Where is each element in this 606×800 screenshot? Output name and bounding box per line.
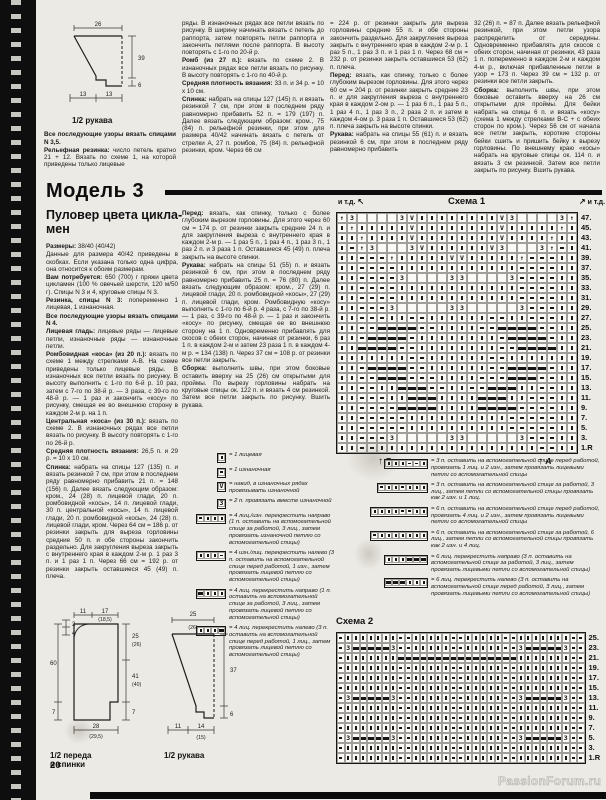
chart-cell	[437, 303, 447, 313]
chart-cell	[567, 343, 577, 353]
chart-cell	[537, 233, 547, 243]
schematic-caption: 1/2 переда и спинки	[50, 751, 148, 769]
chart-cell	[537, 343, 547, 353]
chart-cell	[480, 703, 488, 713]
chart-cell	[397, 293, 407, 303]
legend-right: = 3 п. оставить на вспомогательной спице…	[384, 458, 602, 601]
dim-label: 60	[50, 661, 57, 667]
chart-cell	[577, 733, 585, 743]
chart-cell	[417, 323, 427, 333]
chart-cell	[557, 433, 567, 443]
knit-symbol-icon	[370, 531, 428, 541]
chart-cell	[570, 713, 578, 723]
chart-cell	[577, 703, 585, 713]
chart-cell	[387, 403, 397, 413]
chart-cell	[570, 653, 578, 663]
chart-cell	[457, 213, 467, 223]
knit-symbol-icon: V	[217, 482, 226, 492]
chart-cell	[547, 643, 555, 653]
chart-cell	[477, 433, 487, 443]
chart-cell	[465, 733, 473, 743]
chart-cell	[497, 303, 507, 313]
chart-cell	[367, 303, 377, 313]
chart-cell	[517, 673, 525, 683]
chart-cell	[437, 333, 447, 343]
paragraph-text: набрать на спицы 127 (135) п. и вязать р…	[46, 464, 178, 580]
chart-cell	[557, 293, 567, 303]
chart-row-label: 21.	[589, 652, 601, 662]
chart-cell	[457, 403, 467, 413]
legend-item: = 1 лицевая	[182, 452, 334, 463]
chart-cell	[525, 683, 533, 693]
chart-cell	[457, 233, 467, 243]
chart-cell	[562, 653, 570, 663]
chart-cell	[507, 373, 517, 383]
chart-row-label: 27.	[581, 312, 593, 322]
chart-cell	[562, 743, 570, 753]
chart-cell	[382, 713, 390, 723]
chart-cell	[497, 443, 507, 453]
chart-cell	[397, 343, 407, 353]
paragraph: Спинка: набрать на спицы 127 (135) п. и …	[46, 464, 178, 581]
chart-cell	[495, 633, 503, 643]
chart-cell: ↑	[347, 223, 357, 233]
chart-cell	[507, 263, 517, 273]
chart-cell	[517, 683, 525, 693]
chart-cell	[537, 413, 547, 423]
chart-cell	[397, 373, 407, 383]
legend-symbol	[384, 531, 431, 550]
legend-item: = 1 изнаночная	[182, 467, 334, 478]
chart-cell	[537, 423, 547, 433]
chart-cell	[465, 643, 473, 653]
chart-cell	[537, 283, 547, 293]
chart-cell	[420, 663, 428, 673]
chart-cell	[557, 443, 567, 453]
chart-cell	[197, 552, 204, 559]
chart-cell	[367, 223, 377, 233]
knit-symbol-icon	[196, 551, 226, 561]
chart-cell	[570, 753, 578, 763]
chart-cell	[390, 753, 398, 763]
chart-cell	[420, 693, 428, 703]
chart-cell: 3	[507, 213, 517, 223]
chart-cell	[525, 713, 533, 723]
chart-cell	[457, 673, 465, 683]
chart-cell	[527, 243, 537, 253]
chart-cell	[547, 323, 557, 333]
chart-cell	[467, 363, 477, 373]
chart-cell	[360, 743, 368, 753]
chart-cell	[347, 393, 357, 403]
chart-cell	[427, 703, 435, 713]
chart-cell	[472, 673, 480, 683]
chart-cell	[537, 403, 547, 413]
paragraph-lead: Центральная «коса» (из 30 п.):	[46, 418, 146, 425]
knit-symbol-icon	[196, 589, 226, 599]
chart-cell	[437, 443, 447, 453]
legend-text: = 2 п. провязать вместе изнаночной	[229, 498, 332, 509]
legend-symbol	[384, 578, 431, 597]
chart-cell	[382, 663, 390, 673]
chart-cell	[437, 353, 447, 363]
paragraph-text: набрать на спицы 127 (145) п. и вязать р…	[182, 96, 324, 154]
chart-cell	[407, 443, 417, 453]
chart-cell	[437, 383, 447, 393]
chart-cell	[360, 663, 368, 673]
chart-cell	[412, 693, 420, 703]
chart-cell	[517, 713, 525, 723]
chart-row-label: 13.	[589, 692, 601, 702]
chart-cell	[442, 733, 450, 743]
chart-cell	[406, 556, 413, 563]
chart-cell	[397, 683, 405, 693]
chart-cell	[377, 393, 387, 403]
chart-cell	[465, 683, 473, 693]
chart-cell	[497, 323, 507, 333]
chart-cell: 3	[345, 643, 353, 653]
chart-cell	[435, 743, 443, 753]
chart-cell	[337, 733, 345, 743]
chart-cell	[477, 343, 487, 353]
chart-cell	[480, 673, 488, 683]
chart-cell	[357, 373, 367, 383]
chart-cell	[517, 293, 527, 303]
chart-cell	[397, 243, 407, 253]
chart-cell	[465, 703, 473, 713]
chart-cell	[347, 293, 357, 303]
chart-cell	[467, 323, 477, 333]
chart-cell	[487, 413, 497, 423]
chart-cell	[525, 723, 533, 733]
chart-cell	[467, 253, 477, 263]
chart-cell	[570, 743, 578, 753]
chart-cell	[487, 683, 495, 693]
legend-text: = 4 лиц./изн. перекрестить направо (1 п.…	[229, 513, 334, 547]
chart-cell	[467, 383, 477, 393]
chart-cell	[360, 713, 368, 723]
chart-cell	[457, 753, 465, 763]
legend-symbol	[182, 514, 229, 547]
chart-cell	[537, 373, 547, 383]
paragraph: Ромбовидная «коса» (из 20 п.): вязать по…	[46, 351, 178, 417]
chart-cell	[447, 383, 457, 393]
chart-cell	[510, 673, 518, 683]
chart-row-label: 39.	[581, 252, 593, 262]
chart1-corner-left: и т.д. ↖	[338, 197, 364, 206]
chart-cell	[407, 283, 417, 293]
chart-cell	[352, 693, 360, 703]
chart-cell	[467, 213, 477, 223]
chart-cell	[517, 393, 527, 403]
chart-cell	[557, 343, 567, 353]
chart-cell	[527, 423, 537, 433]
chart-cell	[517, 243, 527, 253]
chart-cell	[557, 363, 567, 373]
chart-cell	[502, 713, 510, 723]
chart-cell	[417, 373, 427, 383]
chart-cell	[472, 713, 480, 723]
scan-stain	[64, 718, 94, 744]
chart-cell	[407, 413, 417, 423]
chart-row	[337, 323, 577, 333]
paragraph-text: 38/40 (40/42)	[76, 243, 115, 250]
chart-cell	[502, 753, 510, 763]
legend-text: = накид, в изнаночных рядах провязывать …	[229, 481, 334, 495]
chart-cell	[377, 353, 387, 363]
chart-cell: 3	[562, 693, 570, 703]
chart-cell	[547, 743, 555, 753]
chart-cell: ↑	[357, 243, 367, 253]
chart-cell	[437, 243, 447, 253]
chart-cell	[457, 353, 467, 363]
chart-cell	[495, 663, 503, 673]
chart-cell: 3	[447, 433, 457, 443]
chart-cell	[412, 663, 420, 673]
legend-text: = 3 п. оставить на вспомогательной спице…	[431, 458, 602, 478]
chart-cell: 3	[447, 303, 457, 313]
chart-cell	[367, 383, 377, 393]
chart-cell	[417, 263, 427, 273]
chart-cell	[399, 532, 406, 539]
chart-cell	[517, 233, 527, 243]
chart-cell	[477, 383, 487, 393]
chart-cell	[382, 753, 390, 763]
chart-row-label: 9.	[581, 402, 593, 412]
chart-cell	[487, 253, 497, 263]
chart-row	[337, 413, 577, 423]
binding-perforations	[11, 0, 21, 800]
chart-cell	[450, 743, 458, 753]
chart-cell	[577, 633, 585, 643]
chart-cell	[540, 663, 548, 673]
chart-cell	[447, 363, 457, 373]
paragraph: Спинка: набрать на спицы 127 (145) п. и …	[182, 96, 324, 154]
legend-symbol	[384, 555, 431, 574]
chart-cell	[405, 703, 413, 713]
chart-cell	[387, 283, 397, 293]
chart-cell	[532, 633, 540, 643]
chart-cell	[427, 443, 437, 453]
chart-cell: 3	[347, 213, 357, 223]
chart-cell	[457, 383, 467, 393]
chart-cell	[557, 313, 567, 323]
legend-symbol: 3	[182, 499, 229, 509]
chart-cell	[497, 273, 507, 283]
chart-cell	[352, 663, 360, 673]
chart-cell	[377, 223, 387, 233]
chart-row	[337, 313, 577, 323]
chart-row: ↑33VV33↑	[337, 243, 577, 253]
chart-cell	[397, 413, 407, 423]
chart-row	[337, 343, 577, 353]
bottom-schematics: 11 17 (18,5) 2 4 60 7 25 (26) 41 (40) 7	[50, 608, 242, 769]
binding-strip	[0, 0, 36, 800]
chart-cell	[557, 243, 567, 253]
chart-cell	[537, 333, 547, 343]
chart-cell	[577, 753, 585, 763]
chart-cell	[417, 353, 427, 363]
chart-cell	[427, 373, 437, 383]
chart-row-label: 3.	[589, 742, 601, 752]
chart-cell	[557, 393, 567, 403]
chart-cell	[527, 263, 537, 273]
paragraph: Резинка, спицы N 3: попеременно 1 лицева…	[46, 297, 178, 312]
chart-2: 33333333333325.23.21.19.17.15.13.11.9.7.…	[336, 632, 600, 764]
chart-cell	[397, 233, 407, 243]
chart-cell	[357, 273, 367, 283]
chart-cell	[387, 263, 397, 273]
chart-cell	[507, 433, 517, 443]
chart-row-label: 5.	[589, 732, 601, 742]
chart-cell	[527, 223, 537, 233]
chart-cell	[397, 253, 407, 263]
chart-cell	[450, 653, 458, 663]
dim-label: 6	[230, 712, 234, 718]
chart-cell	[337, 403, 347, 413]
chart-cell: ↑	[557, 223, 567, 233]
chart-row	[337, 653, 585, 663]
chart-cell	[547, 723, 555, 733]
chart-cell	[497, 293, 507, 303]
chart-cell	[570, 703, 578, 713]
chart-cell	[467, 313, 477, 323]
arrow-up-right-icon: ↗	[579, 197, 586, 206]
chart-cell	[555, 663, 563, 673]
chart-cell	[525, 673, 533, 683]
chart-cell	[337, 233, 347, 243]
chart-cell	[427, 413, 437, 423]
chart-cell	[407, 333, 417, 343]
chart-cell	[367, 423, 377, 433]
chart-cell	[497, 403, 507, 413]
chart-cell	[577, 723, 585, 733]
chart-cell	[345, 753, 353, 763]
chart-cell	[427, 333, 437, 343]
chart-cell: V	[487, 243, 497, 253]
chart-cell	[537, 443, 547, 453]
chart-cell	[567, 223, 577, 233]
chart-cell	[377, 303, 387, 313]
chart-row-label: 19.	[589, 662, 601, 672]
chart-cell	[407, 343, 417, 353]
chart-cell	[447, 313, 457, 323]
chart-cell	[367, 413, 377, 423]
chart-cell	[357, 213, 367, 223]
chart-cell	[417, 423, 427, 433]
paragraph: Рукава: набрать на спицы 55 (61) п. и вя…	[330, 131, 468, 153]
chart-cell	[352, 683, 360, 693]
chart-cell	[417, 343, 427, 353]
dim-label: 2	[72, 622, 76, 628]
chart-cell	[435, 713, 443, 723]
chart-cell	[557, 373, 567, 383]
chart-cell	[357, 283, 367, 293]
chart-cell	[570, 643, 578, 653]
scan-stain	[354, 538, 384, 570]
chart-cell	[337, 633, 345, 643]
chart-cell	[465, 663, 473, 673]
chart-cell	[457, 663, 465, 673]
chart-cell	[435, 693, 443, 703]
chart-cell	[427, 273, 437, 283]
chart-cell	[397, 723, 405, 733]
chart-cell: ↑	[357, 233, 367, 243]
dim-label: 25	[190, 612, 197, 618]
chart-cell	[447, 403, 457, 413]
chart-cell	[480, 713, 488, 723]
chart-cell	[450, 733, 458, 743]
chart-cell	[540, 673, 548, 683]
dim-label: 14	[198, 724, 205, 730]
paragraph-text: = 224 р. от резинки закрыть для выреза г…	[330, 20, 468, 71]
chart-cell	[377, 243, 387, 253]
chart-cell	[507, 293, 517, 303]
legend-item: = 6 п. оставить на вспомогательной спице…	[384, 506, 602, 526]
chart-cell	[412, 743, 420, 753]
chart-cell	[347, 303, 357, 313]
chart-cell	[397, 713, 405, 723]
chart-cell: ↑	[547, 233, 557, 243]
chart-cell	[211, 590, 218, 597]
chart-row	[337, 713, 585, 723]
chart-cell	[345, 653, 353, 663]
chart-cell	[390, 633, 398, 643]
chart-cell	[487, 673, 495, 683]
chart-cell	[537, 393, 547, 403]
legend-item: = 4 изн./лиц. перекрестить налево (3 п. …	[182, 550, 334, 584]
chart-cell	[427, 253, 437, 263]
chart-cell	[457, 693, 465, 703]
chart-cell	[557, 333, 567, 343]
chart-cell	[570, 633, 578, 643]
chart-cell	[407, 273, 417, 283]
dim-label: (15)	[196, 735, 205, 741]
chart-cell	[472, 683, 480, 693]
chart-cell	[360, 683, 368, 693]
chart-cell	[413, 556, 420, 563]
chart-cell	[197, 590, 204, 597]
chart-cell	[427, 313, 437, 323]
chart-cell	[412, 673, 420, 683]
chart-cell	[360, 643, 368, 653]
chart-cell	[497, 413, 507, 423]
chart-cell	[360, 653, 368, 663]
paragraph-text: вязать, как спинку, только с более глубо…	[182, 210, 330, 261]
chart-cell: V	[407, 213, 417, 223]
chart-cell	[467, 343, 477, 353]
chart-cell	[450, 693, 458, 703]
chart-row: 3333	[337, 733, 585, 743]
chart-cell	[547, 223, 557, 233]
chart-cell	[218, 590, 225, 597]
chart-cell	[360, 733, 368, 743]
chart-row-label: 37.	[581, 262, 593, 272]
chart-cell	[567, 433, 577, 443]
chart-cell	[457, 413, 467, 423]
chart-cell	[399, 484, 406, 491]
chart-cell	[527, 303, 537, 313]
chart-cell	[420, 683, 428, 693]
chart-row	[337, 723, 585, 733]
chart-cell	[467, 413, 477, 423]
chart-cell	[487, 633, 495, 643]
chart-cell	[497, 383, 507, 393]
chart-cell	[487, 383, 497, 393]
chart-cell	[507, 283, 517, 293]
chart-cell	[442, 693, 450, 703]
chart-cell	[547, 733, 555, 743]
